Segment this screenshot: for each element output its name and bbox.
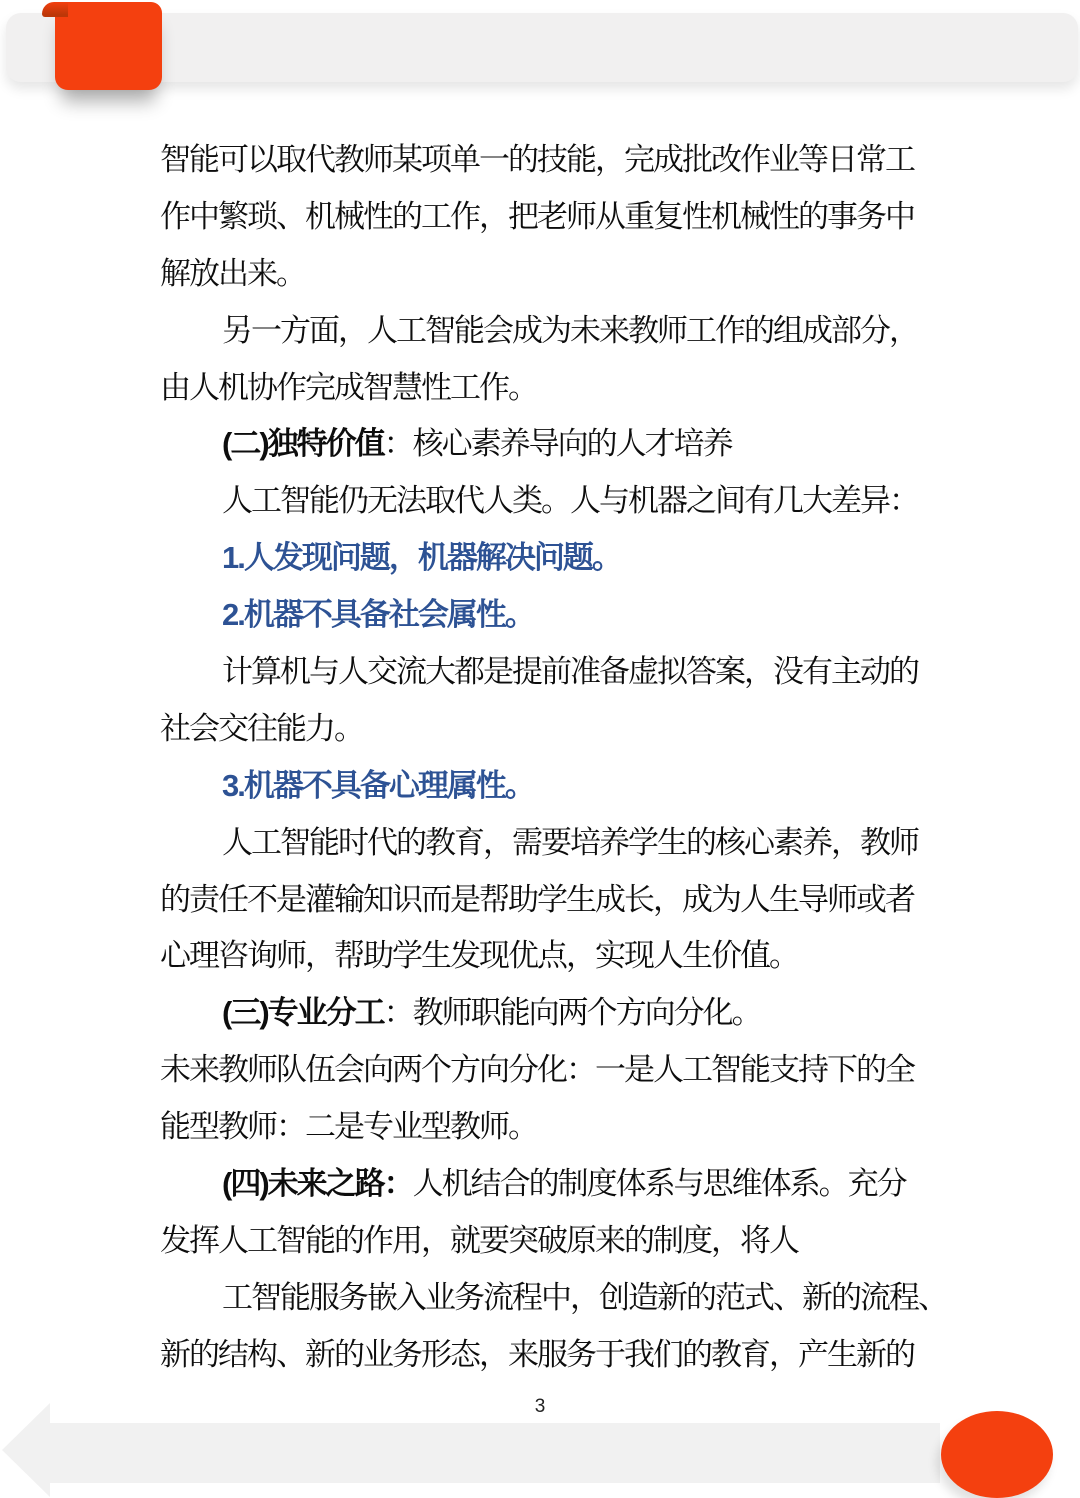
text-segment: (四)未来之路：: [222, 1166, 413, 1201]
text-line: (三)专业分工：教师职能向两个方向分化。: [160, 985, 926, 1042]
text-line: 社会交往能力。: [160, 701, 926, 758]
text-line: 新的结构、新的业务形态，来服务于我们的教育，产生新的: [160, 1327, 926, 1384]
text-segment: 心理咨询师，帮助学生发现优点，实现人生价值。: [160, 938, 798, 973]
text-line: 由人机协作完成智慧性工作。: [160, 360, 926, 417]
text-segment: 的责任不是灌输知识而是帮助学生成长，成为人生导师或者: [160, 882, 914, 917]
text-line: 人工智能时代的教育，需要培养学生的核心素养，教师: [160, 815, 926, 872]
text-segment: 计算机与人交流大都是提前准备虚拟答案，没有主动的: [222, 654, 918, 689]
text-segment: 人工智能时代的教育，需要培养学生的核心素养，教师: [222, 825, 918, 860]
text-segment: 解放出来。: [160, 256, 305, 291]
bookmark-fold-icon: [42, 2, 68, 17]
text-line: 心理咨询师，帮助学生发现优点，实现人生价值。: [160, 928, 926, 985]
rounded-gray-bar: [6, 13, 1078, 82]
text-segment: 人工智能仍无法取代人类。人与机器之间有几大差异：: [222, 483, 918, 518]
text-line: (四)未来之路：人机结合的制度体系与思维体系。充分: [160, 1156, 926, 1213]
text-segment: 作中繁琐、机械性的工作，把老师从重复性机械性的事务中: [160, 199, 914, 234]
page-number: 3: [0, 1396, 1080, 1418]
text-segment: 2.机器不具备社会属性。: [222, 597, 534, 632]
text-line: 1.人发现问题，机器解决问题。: [160, 530, 926, 587]
text-line: 的责任不是灌输知识而是帮助学生成长，成为人生导师或者: [160, 872, 926, 929]
text-segment: 人机结合的制度体系与思维体系。充分: [413, 1166, 906, 1201]
text-line: 人工智能仍无法取代人类。人与机器之间有几大差异：: [160, 473, 926, 530]
text-line: 3.机器不具备心理属性。: [160, 758, 926, 815]
text-line: 智能可以取代教师某项单一的技能，完成批改作业等日常工: [160, 132, 926, 189]
text-line: 计算机与人交流大都是提前准备虚拟答案，没有主动的: [160, 644, 926, 701]
text-line: 未来教师队伍会向两个方向分化：一是人工智能支持下的全: [160, 1042, 926, 1099]
red-bookmark-ribbon-icon: [55, 2, 162, 90]
text-segment: ：核心素养导向的人才培养: [384, 426, 732, 461]
text-segment: 另一方面，人工智能会成为未来教师工作的组成部分，: [222, 313, 918, 348]
text-line: 发挥人工智能的作用，就要突破原来的制度，将人: [160, 1213, 926, 1270]
text-line: 能型教师：二是专业型教师。: [160, 1099, 926, 1156]
text-line: 解放出来。: [160, 246, 926, 303]
text-line: (二)独特价值：核心素养导向的人才培养: [160, 416, 926, 473]
text-segment: (二)独特价值: [222, 426, 384, 461]
text-line: 工智能服务嵌入业务流程中，创造新的范式、新的流程、: [160, 1270, 926, 1327]
text-segment: 1.人发现问题，机器解决问题。: [222, 540, 621, 575]
text-segment: ：教师职能向两个方向分化。: [384, 995, 761, 1030]
text-segment: 未来教师队伍会向两个方向分化：一是人工智能支持下的全: [160, 1052, 914, 1087]
text-segment: 智能可以取代教师某项单一的技能，完成批改作业等日常工: [160, 142, 914, 177]
text-segment: 社会交往能力。: [160, 711, 363, 746]
text-segment: 3.机器不具备心理属性。: [222, 768, 534, 803]
text-line: 2.机器不具备社会属性。: [160, 587, 926, 644]
document-text: 智能可以取代教师某项单一的技能，完成批改作业等日常工作中繁琐、机械性的工作，把老…: [160, 132, 926, 1384]
text-segment: 由人机协作完成智慧性工作。: [160, 370, 537, 405]
text-segment: 能型教师：二是专业型教师。: [160, 1109, 537, 1144]
text-line: 作中繁琐、机械性的工作，把老师从重复性机械性的事务中: [160, 189, 926, 246]
text-segment: (三)专业分工: [222, 995, 384, 1030]
text-segment: 发挥人工智能的作用，就要突破原来的制度，将人: [160, 1223, 798, 1258]
text-line: 另一方面，人工智能会成为未来教师工作的组成部分，: [160, 303, 926, 360]
red-ellipse-icon: [941, 1411, 1053, 1498]
text-segment: 工智能服务嵌入业务流程中，创造新的范式、新的流程、: [222, 1280, 947, 1315]
text-segment: 新的结构、新的业务形态，来服务于我们的教育，产生新的: [160, 1337, 914, 1372]
